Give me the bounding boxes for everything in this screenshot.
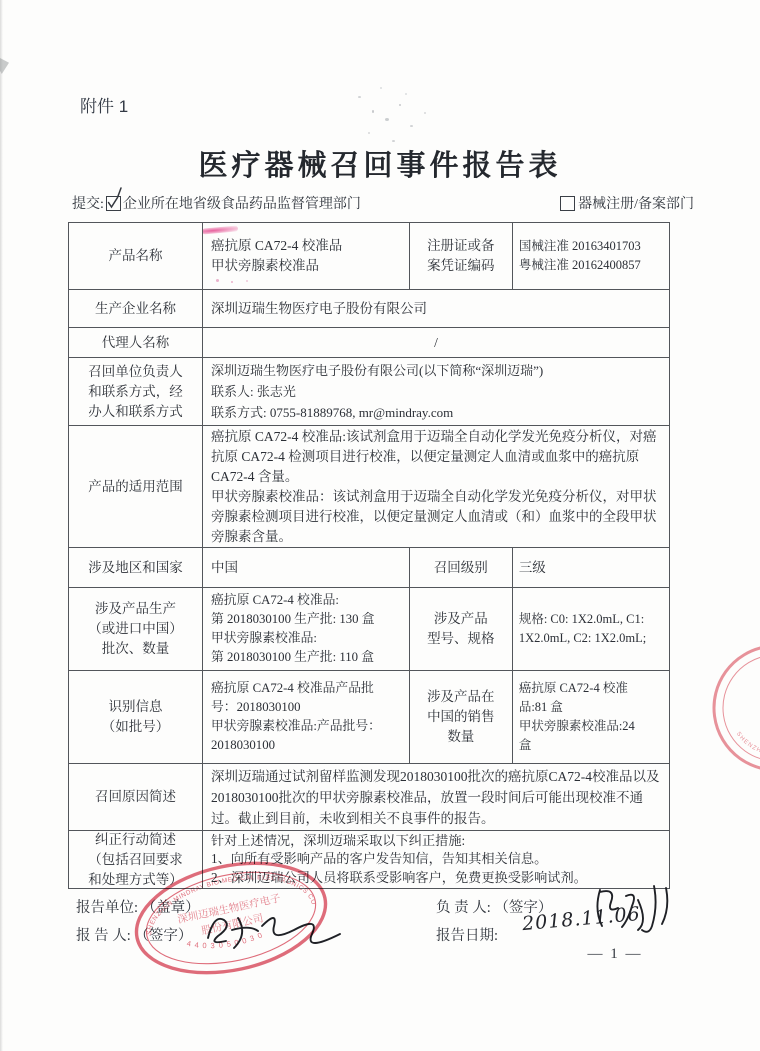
page-number: — 1 — (560, 946, 670, 963)
cell-value: 癌抗原 CA72-4 校准品产品批 号：2018030100 甲状旁腺素校准品:… (203, 671, 410, 763)
cell-value2: 规格: C0: 1X2.0mL, C1: 1X2.0mL, C2: 1X2.0m… (513, 588, 668, 670)
table-row-corrective-action: 纠正行动简述 （包括召回要求 和处理方式等） 针对上述情况，深圳迈瑞采取以下纠正… (69, 831, 669, 888)
scan-corner-artifact (0, 58, 9, 74)
cell-value2: 三级 (513, 548, 668, 587)
scan-speckle (399, 104, 401, 106)
page-title: 医疗器械召回事件报告表 (0, 143, 760, 184)
table-row-agent: 代理人名称 / (69, 328, 669, 358)
recall-report-table: 产品名称 癌抗原 CA72-4 校准品 甲状旁腺素校准品 注册证或备 案凭证编码… (68, 222, 670, 889)
cell-label: 纠正行动简述 （包括召回要求 和处理方式等） (69, 831, 203, 888)
scan-speckle (380, 87, 382, 89)
cell-label: 涉及地区和国家 (69, 548, 203, 587)
cell-label: 代理人名称 (69, 328, 203, 357)
reporter-label: 报 告 人: （签字） (76, 924, 192, 945)
cell-value: 深圳迈瑞通过试剂留样监测发现2018030100批次的癌抗原CA72-4校准品以… (203, 764, 669, 830)
submit-label: 提交: (72, 193, 104, 213)
cell-label: 产品的适用范围 (69, 426, 203, 547)
scan-speckle (424, 112, 426, 114)
cell-label2: 涉及产品 型号、规格 (409, 588, 513, 670)
cell-label: 涉及产品生产 （或进口中国） 批次、数量 (69, 588, 203, 670)
cell-label2: 注册证或备 案凭证编码 (409, 223, 513, 289)
scan-speckle (358, 96, 361, 98)
cell-value: 针对上述情况，深圳迈瑞采取以下纠正措施: 1、向所有受影响产品的客户发告知信，告… (203, 831, 669, 888)
attachment-label: 附件 1 (80, 92, 128, 117)
cell-value2: 国械注准 20163401703 粤械注准 20162400857 (513, 223, 668, 289)
table-row-recall-reason: 召回原因简述 深圳迈瑞通过试剂留样监测发现2018030100批次的癌抗原CA7… (69, 764, 669, 831)
scanned-document-page: 附件 1 医疗器械召回事件报告表 提交: 企业所在地省级食品药品监督管理部门 器… (0, 0, 760, 1051)
reporter-signature (198, 906, 348, 958)
submit-option-provincial: 提交: 企业所在地省级食品药品监督管理部门 (72, 193, 361, 213)
scan-speckle (405, 93, 407, 95)
scan-speckle (368, 132, 370, 134)
table-row-manufacturer: 生产企业名称 深圳迈瑞生物医疗电子股份有限公司 (69, 290, 669, 328)
table-row-region-level: 涉及地区和国家 中国 召回级别 三级 (69, 548, 669, 588)
scan-speckle (410, 125, 413, 127)
seal-digits: 4403050030 (184, 923, 268, 958)
table-row-intended-use: 产品的适用范围 癌抗原 CA72-4 校准品:该试剂盒用于迈瑞全自动化学发光免疫… (69, 426, 669, 548)
submit-option1-label: 企业所在地省级食品药品监督管理部门 (123, 193, 361, 213)
cell-value: 深圳迈瑞生物医疗电子股份有限公司(以下简称“深圳迈瑞”) 联系人: 张志光 联系… (203, 358, 669, 425)
table-row-recall-contact: 召回单位负责人 和联系方式，经 办人和联系方式 深圳迈瑞生物医疗电子股份有限公司… (69, 358, 669, 426)
cell-value: / (203, 328, 669, 357)
table-row-product-name: 产品名称 癌抗原 CA72-4 校准品 甲状旁腺素校准品 注册证或备 案凭证编码… (69, 223, 669, 290)
scan-speckle (392, 140, 395, 142)
cell-value: 中国 (203, 548, 410, 587)
seal2-ring-text: SHENZHEN MINDRAY BIO-MEDICAL ELECTRONICS… (688, 632, 760, 767)
report-unit-label: 报告单位: （盖章） (76, 896, 200, 917)
partial-round-seal-stamp: SHENZHEN MINDRAY BIO-MEDICAL ELECTRONICS… (688, 632, 760, 784)
submit-option-registration: 器械注册/备案部门 (560, 193, 694, 213)
unchecked-checkbox-icon (560, 196, 575, 211)
report-date-label: 报告日期: (436, 924, 498, 945)
scan-speckle (385, 118, 389, 121)
submit-line: 提交: 企业所在地省级食品药品监督管理部门 器械注册/备案部门 (72, 193, 696, 215)
cell-label: 召回原因简述 (69, 764, 203, 830)
submit-option2-label: 器械注册/备案部门 (578, 193, 694, 213)
cell-label: 识别信息 （如批号） (69, 671, 203, 763)
cell-label: 产品名称 (69, 223, 203, 289)
cell-value: 深圳迈瑞生物医疗电子股份有限公司 (203, 290, 669, 327)
cell-label: 召回单位负责人 和联系方式，经 办人和联系方式 (69, 358, 203, 425)
cell-value: 癌抗原 CA72-4 校准品: 第 2018030100 生产批: 130 盒 … (203, 588, 410, 670)
seal-chinese-line2: 股份有限公司 (200, 911, 264, 937)
svg-text:4403050030: 4403050030 (184, 923, 268, 958)
cell-label2: 涉及产品在 中国的销售 数量 (409, 671, 513, 763)
cell-value: 癌抗原 CA72-4 校准品 甲状旁腺素校准品 (203, 223, 410, 289)
cell-label2: 召回级别 (409, 548, 513, 587)
checked-checkbox-icon (106, 196, 121, 211)
cell-value: 癌抗原 CA72-4 校准品:该试剂盒用于迈瑞全自动化学发光免疫分析仪，对癌抗原… (203, 426, 669, 547)
cell-value2: 癌抗原 CA72-4 校准 品:81 盒 甲状旁腺素校准品:24 盒 (513, 671, 668, 763)
cell-label: 生产企业名称 (69, 290, 203, 327)
svg-text:SHENZHEN MINDRAY BIO-MEDICAL E: SHENZHEN MINDRAY BIO-MEDICAL ELECTRONICS… (688, 632, 760, 767)
scan-speckle (372, 110, 374, 113)
table-row-identification: 识别信息 （如批号） 癌抗原 CA72-4 校准品产品批 号：201803010… (69, 671, 669, 764)
table-row-batches: 涉及产品生产 （或进口中国） 批次、数量 癌抗原 CA72-4 校准品: 第 2… (69, 588, 669, 671)
